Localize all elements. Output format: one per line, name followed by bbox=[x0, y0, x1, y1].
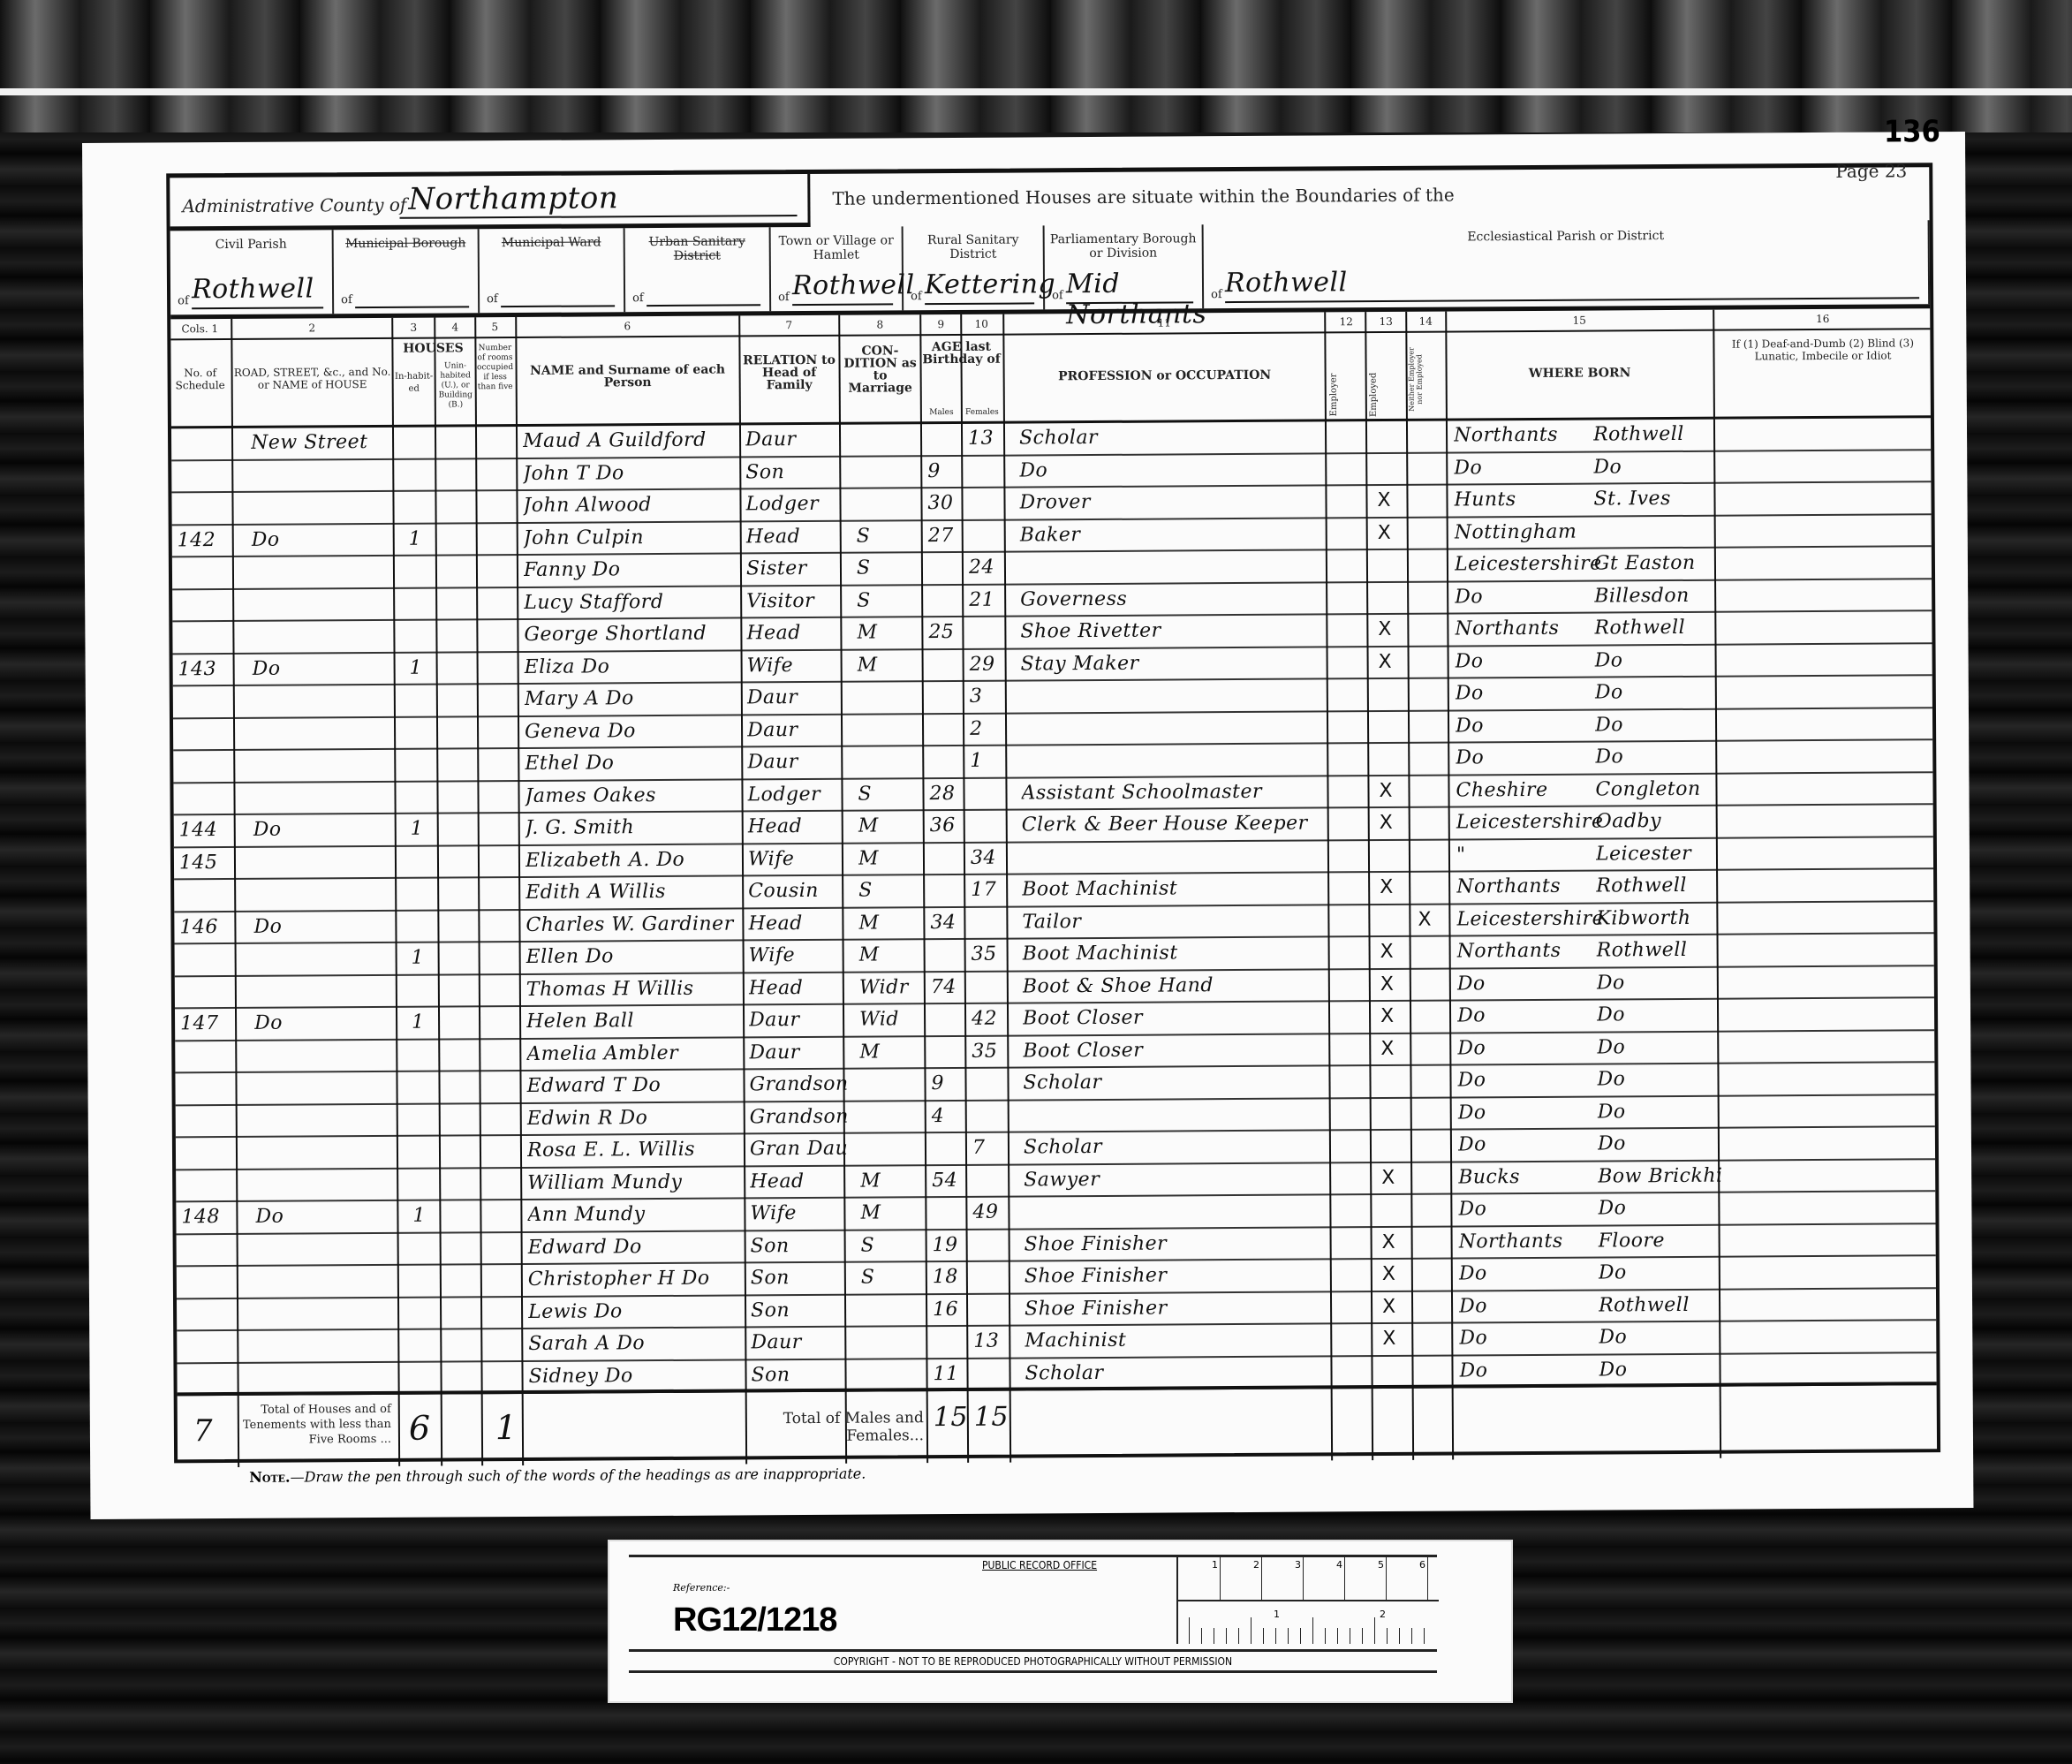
occupation: Stay Maker bbox=[1021, 651, 1326, 675]
schedule-total: 7 bbox=[193, 1413, 213, 1449]
female-age: 17 bbox=[971, 879, 1006, 901]
column-number: 16 bbox=[1714, 312, 1931, 325]
header-rooms: Number of rooms occupied if less than fi… bbox=[476, 344, 513, 392]
relation: Wife bbox=[747, 654, 844, 677]
column-number: 15 bbox=[1447, 314, 1712, 328]
male-age: 74 bbox=[931, 975, 966, 997]
birth-place: St. Ives bbox=[1593, 488, 1717, 511]
relation: Head bbox=[748, 912, 845, 935]
road-name bbox=[256, 1366, 397, 1367]
road-name bbox=[253, 785, 394, 786]
employed-mark: X bbox=[1378, 618, 1404, 640]
female-age: 29 bbox=[970, 653, 1005, 675]
marital-condition: M bbox=[857, 621, 919, 643]
occupation: Sawyer bbox=[1024, 1167, 1328, 1191]
relation: Son bbox=[751, 1234, 848, 1257]
district-value: Kettering bbox=[925, 269, 1034, 305]
of-label: of bbox=[487, 292, 498, 306]
scale-number: 2 bbox=[1380, 1609, 1386, 1620]
column-number: 8 bbox=[840, 318, 919, 331]
person-name: John T Do bbox=[523, 461, 744, 485]
birth-county: Northants bbox=[1455, 617, 1605, 640]
scale-tick bbox=[1303, 1557, 1304, 1600]
header-inhabited: In-habit-ed bbox=[394, 371, 435, 396]
birth-place: Bow Brickhill bbox=[1598, 1164, 1721, 1187]
marital-condition: S bbox=[858, 783, 919, 805]
road-name bbox=[255, 1140, 397, 1141]
occupation: Scholar bbox=[1019, 425, 1324, 449]
males-total: 15 bbox=[934, 1402, 968, 1433]
birth-county: Do bbox=[1456, 714, 1606, 737]
marital-condition: M bbox=[858, 654, 919, 676]
boundary-text: The undermentioned Houses are situate wi… bbox=[832, 185, 1454, 209]
birth-place: Kibworth bbox=[1596, 906, 1720, 929]
scale-tick bbox=[1312, 1617, 1313, 1644]
birth-county: Do bbox=[1457, 1068, 1607, 1091]
road-name bbox=[254, 1043, 396, 1044]
census-table: Cols. 12345678910111213141516 No. of Sch… bbox=[170, 308, 1937, 1467]
header-females: Females bbox=[963, 406, 1002, 419]
relation: Sister bbox=[746, 557, 843, 580]
birth-county: Do bbox=[1459, 1294, 1609, 1317]
occupation bbox=[1021, 715, 1326, 717]
header-road: ROAD, STREET, &c., and No. or NAME of HO… bbox=[233, 366, 392, 391]
birth-county: Bucks bbox=[1458, 1165, 1608, 1188]
county-value: Northampton bbox=[399, 179, 797, 219]
district-label: Parliamentary Borough or Division bbox=[1045, 231, 1202, 261]
relation: Wife bbox=[749, 944, 846, 967]
marital-condition: S bbox=[857, 589, 919, 611]
occupation bbox=[1021, 747, 1326, 749]
scale-tick bbox=[1261, 1557, 1262, 1600]
person-name: William Mundy bbox=[527, 1170, 748, 1194]
scale-tick bbox=[1288, 1628, 1289, 1644]
birth-county: Northants bbox=[1459, 1230, 1609, 1253]
road-name bbox=[254, 1076, 396, 1077]
column-number: 9 bbox=[921, 318, 960, 330]
road-name: Do bbox=[253, 656, 394, 679]
scale-tick bbox=[1238, 1628, 1239, 1644]
person-name: Thomas H Willis bbox=[526, 977, 747, 1001]
occupation: Boot Machinist bbox=[1022, 876, 1327, 900]
birth-place: Billesdon bbox=[1594, 584, 1718, 607]
relation: Son bbox=[751, 1267, 848, 1290]
scale-tick bbox=[1350, 1628, 1350, 1644]
of-label: of bbox=[1211, 288, 1222, 301]
column-number: 6 bbox=[517, 319, 737, 333]
marital-condition: M bbox=[859, 1041, 921, 1063]
occupation: Boot Closer bbox=[1023, 1038, 1327, 1062]
column-number: 12 bbox=[1327, 315, 1365, 328]
person-name: Edward T Do bbox=[526, 1073, 747, 1097]
road-name bbox=[251, 496, 392, 496]
reference-label: Reference:- bbox=[673, 1582, 730, 1594]
road-name bbox=[252, 560, 393, 561]
district-label: Civil Parish bbox=[170, 237, 332, 252]
relation: Gran Daur bbox=[750, 1138, 847, 1161]
birth-place: Do bbox=[1595, 746, 1719, 768]
road-name: Do bbox=[254, 1011, 396, 1034]
reference-card: PUBLIC RECORD OFFICE Reference:- RG12/12… bbox=[608, 1540, 1513, 1703]
marital-condition: S bbox=[857, 556, 919, 579]
scale-tick bbox=[1374, 1617, 1375, 1644]
road-name bbox=[253, 850, 395, 851]
male-age: 4 bbox=[932, 1104, 967, 1126]
birth-county: Do bbox=[1456, 649, 1606, 672]
female-age: 21 bbox=[969, 588, 1004, 610]
birth-place: Do bbox=[1597, 1003, 1720, 1026]
scale-tick bbox=[1424, 1628, 1425, 1644]
occupation: Boot Closer bbox=[1023, 1005, 1327, 1029]
scale-number: 6 bbox=[1419, 1559, 1425, 1571]
road-name bbox=[251, 463, 392, 464]
header-where-born: WHERE BORN bbox=[1448, 367, 1713, 381]
header-occupation: PROFESSION or OCCUPATION bbox=[1006, 368, 1324, 382]
birth-county: Do bbox=[1456, 746, 1606, 768]
scan-edge-line bbox=[0, 88, 2072, 95]
female-age: 7 bbox=[972, 1137, 1008, 1159]
birth-county: Do bbox=[1457, 972, 1607, 995]
district-value: Rothwell bbox=[792, 269, 893, 306]
occupation: Drover bbox=[1019, 489, 1324, 513]
road-name: New Street bbox=[251, 431, 392, 454]
district-label: Municipal Borough bbox=[334, 236, 478, 251]
relation: Daur bbox=[749, 1041, 846, 1064]
houses-total-label: Total of Houses and of Tenements with le… bbox=[241, 1402, 391, 1448]
column-number: 5 bbox=[476, 321, 513, 333]
occupation: Clerk & Beer House Keeper bbox=[1022, 812, 1327, 836]
relation: Grandson bbox=[749, 1073, 846, 1096]
scan-background-top bbox=[0, 0, 2072, 132]
census-form: Administrative County of Northampton The… bbox=[166, 163, 1940, 1463]
column-number: 13 bbox=[1367, 315, 1404, 328]
birth-county: Leicestershire bbox=[1456, 810, 1607, 833]
female-age: 35 bbox=[972, 1040, 1007, 1062]
scale-number: 3 bbox=[1295, 1559, 1301, 1571]
district-parliamentary-borough-or-division: Parliamentary Borough or DivisionofMid N… bbox=[1045, 224, 1205, 309]
page-label: Page 23 bbox=[1835, 160, 1907, 181]
birth-county: Do bbox=[1455, 585, 1605, 608]
birth-county: Do bbox=[1458, 1197, 1608, 1220]
female-age: 35 bbox=[972, 943, 1007, 965]
relation: Visitor bbox=[746, 589, 843, 612]
person-name: Sidney Do bbox=[528, 1364, 749, 1388]
employed-mark: X bbox=[1379, 779, 1405, 801]
birth-county: Leicestershire bbox=[1456, 907, 1607, 930]
header-males: Males bbox=[922, 406, 961, 419]
relation: Daur bbox=[747, 751, 844, 774]
district-value bbox=[647, 270, 760, 307]
birth-place: Gt Easton bbox=[1594, 552, 1718, 575]
district-municipal-ward: Municipal Wardof bbox=[480, 228, 626, 313]
column-number: 2 bbox=[232, 322, 391, 335]
road-name bbox=[254, 947, 396, 948]
relation: Wife bbox=[750, 1202, 847, 1225]
birth-place: Floore bbox=[1599, 1229, 1722, 1252]
scale-tick bbox=[1201, 1628, 1202, 1644]
relation: Head bbox=[746, 525, 843, 548]
relation: Daur bbox=[747, 718, 844, 741]
marital-condition: Widr bbox=[859, 976, 921, 998]
district-value bbox=[355, 272, 469, 308]
scale-number: 2 bbox=[1253, 1559, 1259, 1571]
relation: Head bbox=[746, 622, 843, 645]
district-municipal-borough: Municipal Boroughof bbox=[334, 229, 480, 314]
male-age: 16 bbox=[933, 1298, 968, 1320]
person-name: John Culpin bbox=[524, 526, 745, 549]
female-age: 49 bbox=[972, 1201, 1008, 1223]
marital-condition: M bbox=[859, 943, 921, 965]
marital-condition: S bbox=[861, 1266, 923, 1288]
schedule-number: 144 bbox=[179, 819, 232, 841]
person-name: Ellen Do bbox=[526, 944, 747, 968]
relation: Daur bbox=[749, 1009, 846, 1032]
male-age: 9 bbox=[931, 1072, 966, 1094]
district-label: Urban Sanitary District bbox=[625, 234, 769, 263]
employed-mark: X bbox=[1381, 1166, 1408, 1188]
header-condition: CON-DITION as to Marriage bbox=[840, 344, 919, 395]
person-name: John Alwood bbox=[523, 493, 744, 517]
note-prefix: Note. bbox=[249, 1469, 290, 1486]
birth-place: Do bbox=[1597, 971, 1720, 994]
road-name bbox=[256, 1301, 397, 1302]
inhabited-total: 6 bbox=[409, 1409, 431, 1448]
birth-county: " bbox=[1456, 843, 1607, 866]
relation: Grandson bbox=[750, 1105, 847, 1128]
person-name: George Shortland bbox=[524, 622, 745, 646]
scale-tick bbox=[1399, 1628, 1400, 1644]
district-value: Mid Northants bbox=[1066, 268, 1193, 304]
scale-tick bbox=[1427, 1557, 1428, 1600]
birth-county: Cheshire bbox=[1456, 778, 1606, 801]
inhabited-count: 1 bbox=[411, 818, 437, 840]
employed-mark: X bbox=[1382, 1295, 1409, 1317]
schedule-number: 143 bbox=[178, 657, 231, 679]
male-age: 9 bbox=[927, 459, 963, 481]
road-name bbox=[253, 721, 394, 722]
female-age: 13 bbox=[968, 428, 1003, 450]
road-name bbox=[255, 1172, 397, 1173]
district-civil-parish: Civil ParishofRothwell bbox=[170, 230, 335, 314]
employed-mark: X bbox=[1382, 1230, 1409, 1253]
female-age: 42 bbox=[972, 1008, 1007, 1030]
person-name: Mary A Do bbox=[525, 686, 745, 710]
district-label: Ecclesiastical Parish or District bbox=[1204, 227, 1928, 246]
schedule-number: 148 bbox=[181, 1206, 234, 1228]
relation: Son bbox=[751, 1363, 848, 1386]
district-row: Civil ParishofRothwellMunicipal Borougho… bbox=[170, 220, 1931, 319]
birth-county: Do bbox=[1459, 1326, 1609, 1349]
header-employed: Employed bbox=[1368, 368, 1403, 421]
male-age: 25 bbox=[928, 621, 964, 643]
marital-condition: M bbox=[860, 1170, 922, 1192]
person-name: Edith A Willis bbox=[526, 880, 746, 904]
birth-county: Hunts bbox=[1454, 488, 1604, 511]
inhabited-count: 1 bbox=[412, 947, 438, 969]
male-age: 27 bbox=[928, 524, 964, 546]
marital-condition: S bbox=[857, 525, 919, 547]
male-age: 34 bbox=[930, 911, 965, 933]
reference-card-inner: PUBLIC RECORD OFFICE Reference:- RG12/12… bbox=[629, 1555, 1437, 1673]
road-name bbox=[256, 1237, 397, 1238]
birth-county: Northants bbox=[1456, 874, 1607, 897]
birth-county: Do bbox=[1456, 681, 1606, 704]
schedule-number: 146 bbox=[179, 915, 232, 937]
person-name: James Oakes bbox=[525, 784, 745, 807]
person-name: Amelia Ambler bbox=[526, 1041, 747, 1065]
schedule-number: 145 bbox=[179, 851, 232, 873]
person-name: Christopher H Do bbox=[528, 1267, 749, 1291]
occupation: Scholar bbox=[1024, 1134, 1328, 1158]
road-name: Do bbox=[253, 914, 395, 937]
occupation: Assistant Schoolmaster bbox=[1021, 780, 1326, 804]
female-age: 1 bbox=[970, 750, 1005, 772]
inhabited-count: 1 bbox=[412, 1205, 439, 1227]
occupation: Governess bbox=[1020, 587, 1325, 610]
male-age: 18 bbox=[933, 1266, 968, 1288]
marital-condition: Wid bbox=[859, 1008, 921, 1030]
scale-tick bbox=[1362, 1628, 1363, 1644]
birth-county: Northants bbox=[1457, 939, 1607, 962]
reference-value: RG12/1218 bbox=[673, 1601, 836, 1639]
road-name bbox=[252, 625, 393, 625]
inhabited-count: 1 bbox=[410, 656, 436, 678]
district-urban-sanitary-district: Urban Sanitary Districtof bbox=[625, 227, 772, 312]
header-uninhabited: Unin-habited (U.), or Building (B.) bbox=[436, 361, 475, 410]
person-name: Rosa E. L. Willis bbox=[527, 1138, 748, 1162]
header-schedule: No. of Schedule bbox=[171, 367, 230, 391]
employed-mark: X bbox=[1380, 1005, 1407, 1027]
birth-county: Do bbox=[1457, 1036, 1607, 1059]
county-box: Administrative County of Northampton bbox=[170, 174, 810, 231]
marital-condition: M bbox=[860, 1201, 922, 1223]
person-name: Ethel Do bbox=[525, 751, 745, 775]
scale-tick bbox=[1325, 1628, 1326, 1644]
header-name: NAME and Surname of each Person bbox=[518, 363, 738, 390]
county-label: Administrative County of bbox=[182, 194, 406, 217]
birth-place: Do bbox=[1597, 1068, 1720, 1091]
note-text: —Draw the pen through such of the words … bbox=[291, 1465, 866, 1486]
occupation: Do bbox=[1019, 458, 1324, 481]
road-name bbox=[254, 979, 396, 980]
scale-tick bbox=[1263, 1628, 1264, 1644]
district-value: Rothwell bbox=[1225, 263, 1919, 303]
female-age: 2 bbox=[970, 717, 1005, 739]
header-neither: Neither Employer nor Employed bbox=[1407, 342, 1443, 417]
district-label: Rural Sanitary District bbox=[904, 232, 1043, 261]
occupation: Shoe Finisher bbox=[1025, 1296, 1329, 1320]
copyright-notice: COPYRIGHT - NOT TO BE REPRODUCED PHOTOGR… bbox=[629, 1649, 1437, 1668]
record-office-label: PUBLIC RECORD OFFICE bbox=[982, 1559, 1097, 1571]
column-number: 4 bbox=[435, 321, 474, 333]
person-name: Charles W. Gardiner bbox=[526, 912, 746, 936]
marital-condition: M bbox=[858, 814, 920, 837]
person-name: Fanny Do bbox=[524, 557, 745, 581]
male-age: 28 bbox=[929, 782, 964, 804]
birth-place: Do bbox=[1593, 455, 1717, 478]
marital-condition: S bbox=[861, 1234, 923, 1256]
relation: Son bbox=[751, 1298, 848, 1321]
birth-place: Leicester bbox=[1596, 842, 1720, 865]
employed-mark: X bbox=[1378, 521, 1404, 543]
column-number: 11 bbox=[1005, 315, 1323, 329]
neither-mark: X bbox=[1418, 908, 1444, 930]
header-employer: Employer bbox=[1328, 368, 1364, 421]
inhabited-count: 1 bbox=[412, 1011, 438, 1033]
occupation bbox=[1022, 844, 1327, 846]
persons-total-label: Total of Males and Females... bbox=[707, 1409, 924, 1445]
birth-county: Do bbox=[1454, 456, 1604, 479]
birth-county: Do bbox=[1459, 1359, 1609, 1382]
occupation bbox=[1020, 554, 1325, 556]
birth-place: Do bbox=[1599, 1358, 1722, 1381]
scale-tick bbox=[1251, 1617, 1252, 1644]
birth-place: Rothwell bbox=[1593, 423, 1717, 446]
occupation: Shoe Finisher bbox=[1025, 1263, 1329, 1287]
relation: Cousin bbox=[748, 880, 845, 903]
birth-place: Do bbox=[1597, 1035, 1720, 1058]
birth-place: Rothwell bbox=[1594, 617, 1718, 640]
district-town-or-village-or-hamlet: Town or Village or HamletofRothwell bbox=[771, 226, 904, 311]
employed-mark: X bbox=[1380, 941, 1407, 963]
occupation: Boot & Shoe Hand bbox=[1023, 973, 1327, 997]
folio-number: 136 bbox=[1884, 114, 1940, 149]
birth-place: Do bbox=[1599, 1326, 1722, 1349]
male-age: 54 bbox=[932, 1169, 967, 1191]
birth-place: Oadby bbox=[1596, 810, 1720, 833]
of-label: of bbox=[1052, 289, 1063, 302]
road-name: Do bbox=[252, 527, 393, 550]
relation: Wife bbox=[748, 847, 845, 870]
relation: Lodger bbox=[745, 493, 843, 516]
road-name: Do bbox=[255, 1205, 397, 1228]
employed-mark: X bbox=[1377, 489, 1403, 511]
occupation: Shoe Rivetter bbox=[1020, 618, 1325, 642]
scale-tick bbox=[1344, 1557, 1345, 1600]
column-number: 14 bbox=[1407, 315, 1444, 328]
employed-mark: X bbox=[1380, 1037, 1407, 1059]
scale-tick bbox=[1226, 1628, 1227, 1644]
occupation: Scholar bbox=[1023, 1070, 1327, 1094]
scale-number: 1 bbox=[1212, 1559, 1218, 1571]
district-value: Rothwell bbox=[192, 273, 323, 309]
header-relation: RELATION to Head of Family bbox=[740, 354, 837, 392]
employed-mark: X bbox=[1379, 650, 1405, 672]
occupation bbox=[1024, 1199, 1328, 1200]
district-rural-sanitary-district: Rural Sanitary DistrictofKettering bbox=[904, 225, 1046, 310]
road-name: Do bbox=[253, 818, 395, 841]
male-age: 19 bbox=[933, 1233, 968, 1255]
person-name: Lewis Do bbox=[528, 1299, 749, 1323]
birth-place: Rothwell bbox=[1596, 874, 1720, 897]
scale-number: 5 bbox=[1378, 1559, 1384, 1571]
of-label: of bbox=[778, 291, 790, 304]
male-age: 11 bbox=[933, 1362, 968, 1384]
birth-place: Do bbox=[1599, 1261, 1722, 1284]
column-number: Cols. 1 bbox=[170, 322, 229, 335]
totals-row: 7 Total of Houses and of Tenements with … bbox=[178, 1382, 1937, 1467]
measurement-scale: 12345612 bbox=[1176, 1557, 1439, 1644]
employed-mark: X bbox=[1380, 876, 1406, 898]
female-age: 3 bbox=[970, 685, 1005, 708]
scale-tick bbox=[1387, 1628, 1388, 1644]
employed-mark: X bbox=[1382, 1263, 1409, 1285]
of-label: of bbox=[632, 291, 644, 305]
employed-mark: X bbox=[1380, 973, 1407, 995]
road-name bbox=[253, 882, 395, 883]
scale-tick bbox=[1411, 1628, 1412, 1644]
birth-place: Do bbox=[1598, 1132, 1721, 1155]
